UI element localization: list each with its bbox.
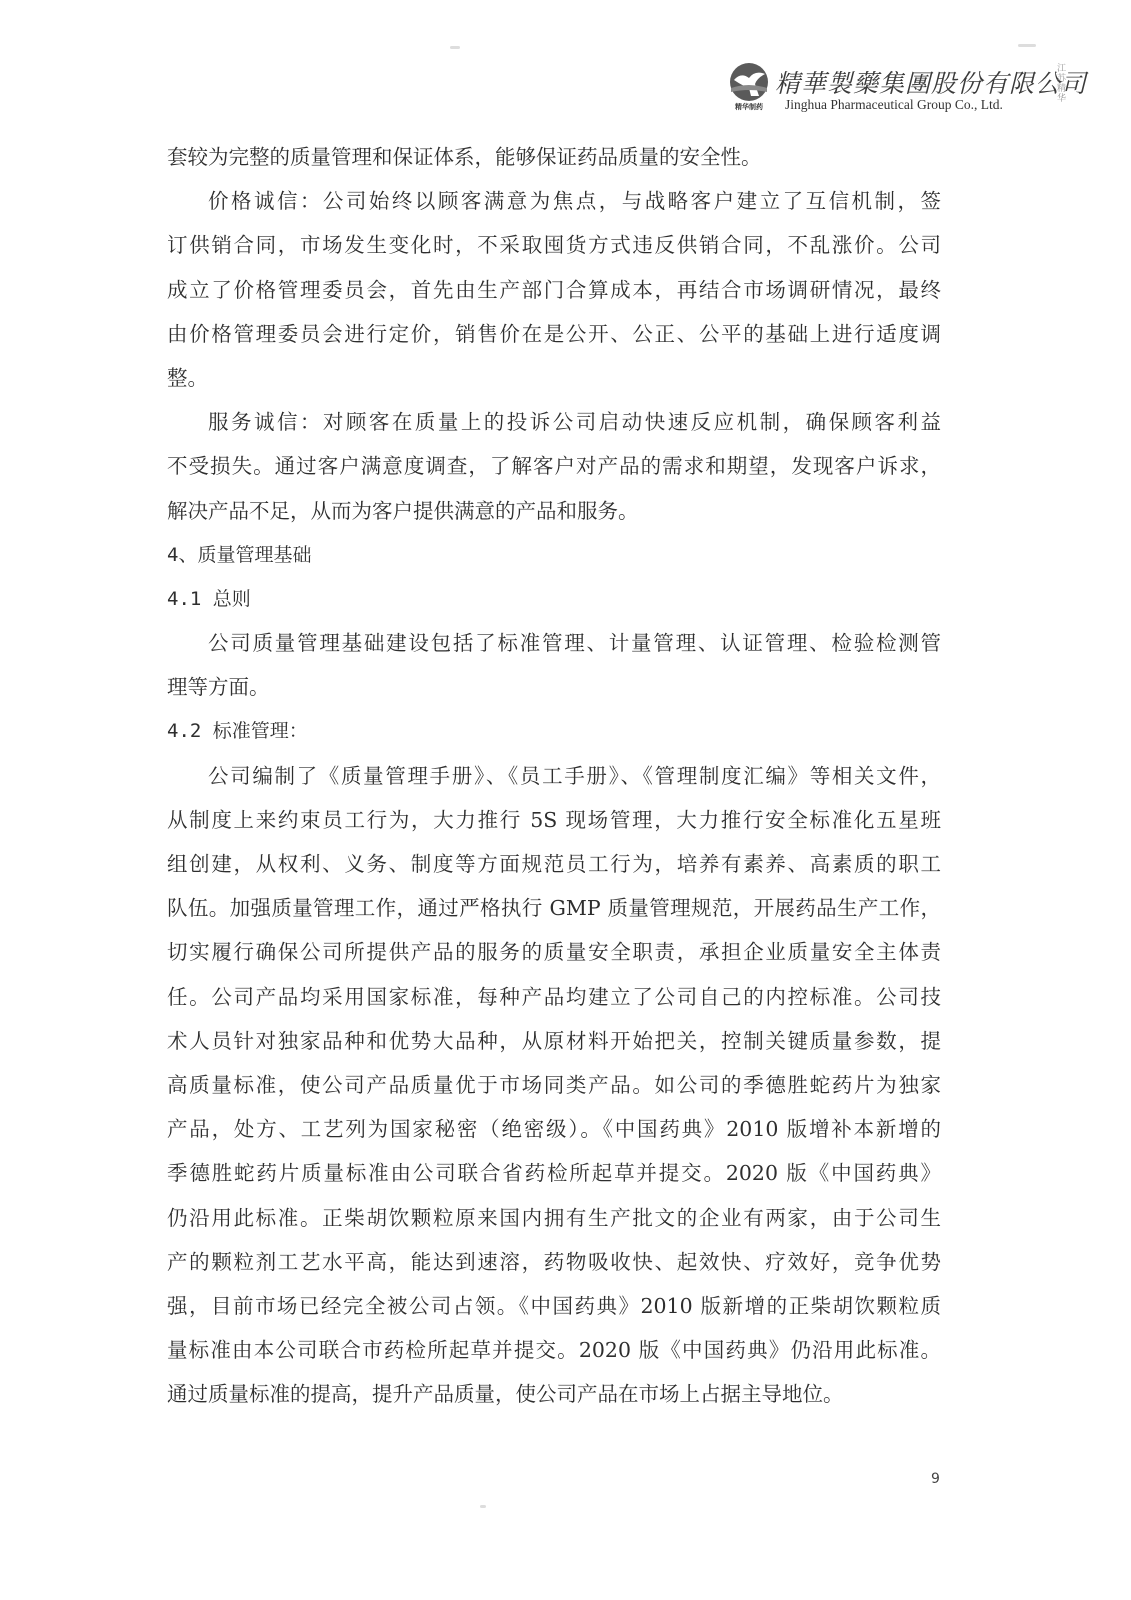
section-heading: 4.1 总则 <box>167 581 941 625</box>
paragraph-line: 由价格管理委员会进行定价，销售价在是公开、公正、公平的基础上进行适度调 <box>167 316 941 360</box>
paragraph-line: 组创建，从权利、义务、制度等方面规范员工行为，培养有素养、高素质的职工 <box>167 846 941 890</box>
paragraph-line: 套较为完整的质量管理和保证体系，能够保证药品质量的安全性。 <box>167 139 941 183</box>
seal-stamp: 江苏精华 <box>1057 64 1071 104</box>
page-number: 9 <box>931 1471 940 1487</box>
paragraph-line: 价格诚信：公司始终以顾客满意为焦点，与战略客户建立了互信机制，签 <box>167 183 941 227</box>
document-body: 套较为完整的质量管理和保证体系，能够保证药品质量的安全性。价格诚信：公司始终以顾… <box>167 139 941 1420</box>
paragraph-line: 从制度上来约束员工行为，大力推行 5S 现场管理，大力推行安全标准化五星班 <box>167 802 941 846</box>
paragraph-line: 任。公司产品均采用国家标准，每种产品均建立了公司自己的内控标准。公司技 <box>167 979 941 1023</box>
paragraph-line: 产的颗粒剂工艺水平高，能达到速溶，药物吸收快、起效快、疗效好，竞争优势 <box>167 1244 941 1288</box>
paragraph-line: 强，目前市场已经完全被公司占领。《中国药典》2010 版新增的正柴胡饮颗粒质 <box>167 1288 941 1332</box>
logo-caption: 精华制药 <box>723 102 775 112</box>
paragraph-line: 季德胜蛇药片质量标准由公司联合省药检所起草并提交。2020 版《中国药典》 <box>167 1155 941 1199</box>
letterhead: 精华制药 精華製藥集團股份有限公司 Jinghua Pharmaceutical… <box>727 62 1087 118</box>
paragraph-line: 理等方面。 <box>167 669 941 713</box>
scan-speck <box>450 46 460 49</box>
paragraph-line: 通过质量标准的提高，提升产品质量，使公司产品在市场上占据主导地位。 <box>167 1376 941 1420</box>
company-name-cn: 精華製藥集團股份有限公司 <box>775 64 1087 100</box>
paragraph-line: 成立了价格管理委员会，首先由生产部门合算成本，再结合市场调研情况，最终 <box>167 272 941 316</box>
paragraph-line: 服务诚信：对顾客在质量上的投诉公司启动快速反应机制，确保顾客利益 <box>167 404 941 448</box>
paragraph-line: 量标准由本公司联合市药检所起草并提交。2020 版《中国药典》仍沿用此标准。 <box>167 1332 941 1376</box>
paragraph-line: 高质量标准，使公司产品质量优于市场同类产品。如公司的季德胜蛇药片为独家 <box>167 1067 941 1111</box>
paragraph-line: 公司编制了《质量管理手册》、《员工手册》、《管理制度汇编》等相关文件， <box>167 758 941 802</box>
company-logo-icon <box>729 62 769 102</box>
paragraph-line: 订供销合同，市场发生变化时，不采取囤货方式违反供销合同，不乱涨价。公司 <box>167 227 941 271</box>
paragraph-line: 解决产品不足，从而为客户提供满意的产品和服务。 <box>167 493 941 537</box>
paragraph-line: 整。 <box>167 360 941 404</box>
paragraph-line: 队伍。加强质量管理工作，通过严格执行 GMP 质量管理规范，开展药品生产工作， <box>167 890 941 934</box>
paragraph-line: 术人员针对独家品种和优势大品种，从原材料开始把关，控制关键质量参数，提 <box>167 1023 941 1067</box>
paragraph-line: 产品，处方、工艺列为国家秘密（绝密级）。《中国药典》2010 版增补本新增的 <box>167 1111 941 1155</box>
scan-speck <box>480 1505 486 1508</box>
section-heading: 4.2 标准管理： <box>167 713 941 757</box>
paragraph-line: 仍沿用此标准。正柴胡饮颗粒原来国内拥有生产批文的企业有两家，由于公司生 <box>167 1200 941 1244</box>
section-heading: 4、质量管理基础 <box>167 537 941 581</box>
company-name-en: Jinghua Pharmaceutical Group Co., Ltd. <box>785 97 1003 113</box>
paragraph-line: 切实履行确保公司所提供产品的服务的质量安全职责，承担企业质量安全主体责 <box>167 934 941 978</box>
paragraph-line: 不受损失。通过客户满意度调查，了解客户对产品的需求和期望，发现客户诉求， <box>167 448 941 492</box>
paragraph-line: 公司质量管理基础建设包括了标准管理、计量管理、认证管理、检验检测管 <box>167 625 941 669</box>
scan-speck <box>1018 44 1036 47</box>
